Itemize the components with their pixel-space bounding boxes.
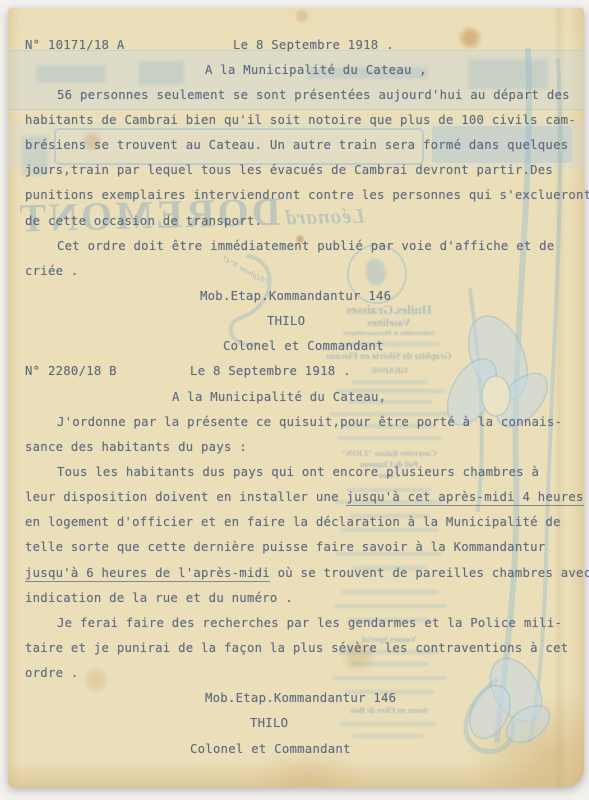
typed-segment: leur disposition doivent en installer un… [25, 490, 346, 504]
underlined-deadline: jusqu'à 6 heures de l'après-midi [25, 566, 270, 582]
typed-line: de cette occasion de transport. [25, 214, 262, 228]
typed-line: punitions exemplaires interviendront con… [25, 188, 589, 202]
typed-line: en logement d'officier et en faire la dé… [25, 515, 561, 529]
document-page: Léonard DOREMONT Téléphone N°47 Huiles.G… [8, 8, 584, 787]
typed-line: telle sorte que cette dernière puisse fa… [25, 540, 545, 554]
typed-text-layer: N° 10171/18 A Le 8 Septembre 1918 . A la… [25, 32, 576, 761]
doc2-salutation: A la Municipalité du Cateau, [172, 390, 386, 404]
typed-segment: où se trouvent de pareilles chambres ave… [270, 566, 589, 580]
typed-line: jusqu'à 6 heures de l'après-midi où se t… [25, 566, 589, 580]
doc1-signature-name: THILO [267, 314, 305, 328]
typed-line: criée . [25, 264, 79, 278]
typed-line: taire et je punirai de la façon la plus … [25, 641, 568, 655]
typed-line: leur disposition doivent en installer un… [25, 490, 584, 504]
doc1-signature-unit: Mob.Etap.Kommandantur 146 [200, 289, 391, 303]
doc1-salutation: A la Municipalité du Cateau , [205, 63, 427, 77]
doc2-signature-title: Colonel et Commandant [190, 742, 351, 756]
typed-line: ordre . [25, 666, 79, 680]
typed-line: 56 personnes seulement se sont présentée… [57, 88, 570, 102]
doc2-signature-name: THILO [250, 716, 288, 730]
doc1-reference-number: N° 10171/18 A [25, 38, 125, 52]
doc2-signature-unit: Mob.Etap.Kommandantur 146 [205, 691, 396, 705]
typed-line: jours,train par lequel tous les évacués … [25, 163, 553, 177]
typed-line: J'ordonne par la présente ce quisuit,pou… [57, 415, 562, 429]
underlined-deadline: jusqu'à cet après-midi 4 heures [346, 490, 583, 506]
typed-line: brésiens se trouvent au Cateau. Un autre… [25, 138, 568, 152]
typed-line: Je ferai faire des recherches par les ge… [57, 616, 562, 630]
typed-line: sance des habitants du pays : [25, 440, 247, 454]
scanned-document-screenshot: { "page": { "paper_color": "#ebdfba", "i… [0, 0, 589, 800]
doc2-date: Le 8 Septembre 1918 . [190, 364, 351, 378]
doc1-signature-title: Colonel et Commandant [223, 339, 384, 353]
typed-line: indication de la rue et du numéro . [25, 591, 293, 605]
doc2-header-row: N° 2280/18 B Le 8 Septembre 1918 . [25, 359, 576, 384]
typed-line: Cet ordre doit être immédiatement publié… [57, 239, 554, 253]
typed-line: habitants de Cambrai bien qu'il soit not… [25, 113, 576, 127]
doc2-reference-number: N° 2280/18 B [25, 364, 117, 378]
doc1-date: Le 8 Septembre 1918 . [233, 38, 394, 52]
typed-line: Tous les habitants dus pays qui ont enco… [57, 465, 539, 479]
doc1-header-row: N° 10171/18 A Le 8 Septembre 1918 . [25, 32, 576, 57]
